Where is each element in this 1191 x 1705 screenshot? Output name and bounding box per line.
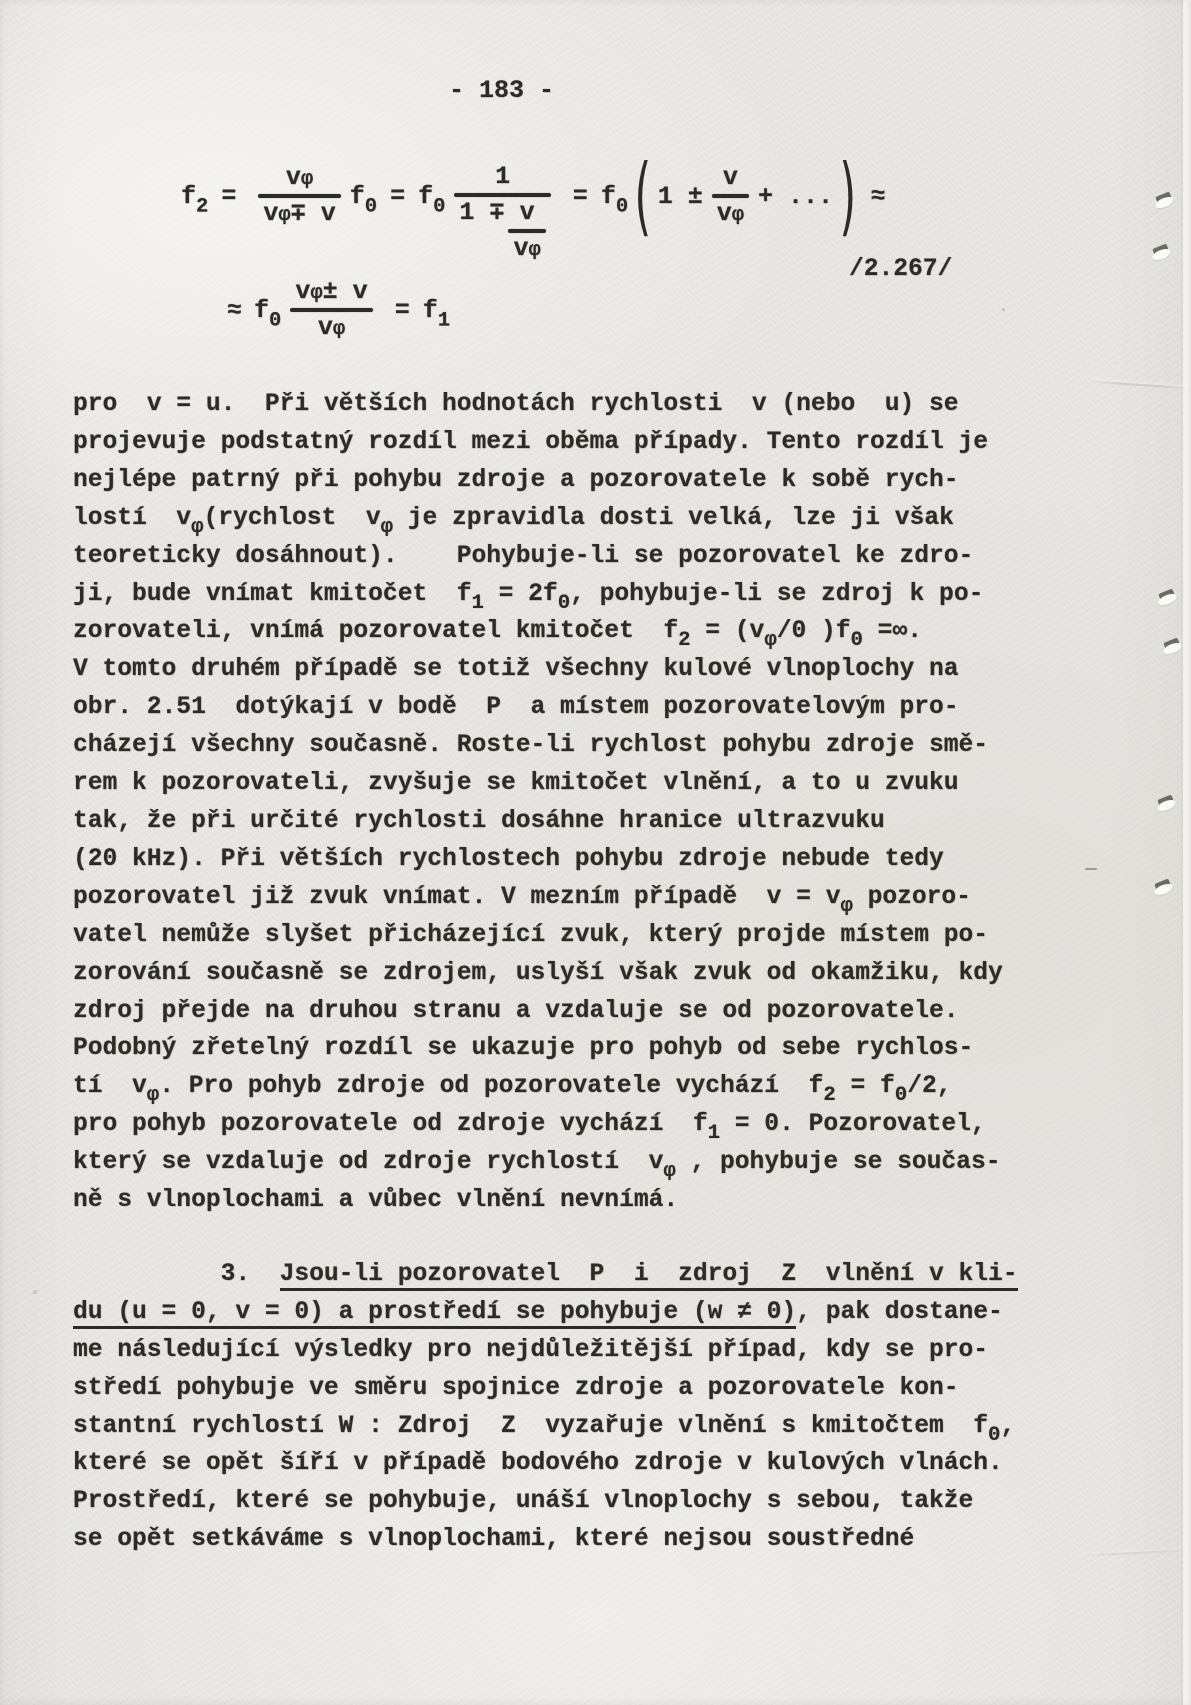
text-line: 3. Jsou-li pozorovatel P i zdroj Z vlněn… xyxy=(73,1256,1133,1294)
f0-symbol: f0 xyxy=(418,182,445,211)
text-line: teoreticky dosáhnout). Pohybuje-li se po… xyxy=(73,538,1133,576)
text-line: tak, že při určité rychlosti dosáhne hra… xyxy=(73,803,1133,841)
text-segment: (rychlost v xyxy=(203,505,380,532)
fraction-bar xyxy=(454,193,550,197)
text-line: V tomto druhém případě se totiž všechny … xyxy=(73,651,1133,689)
text-line: pro pohyb pozorovatele od zdroje vychází… xyxy=(73,1106,1133,1144)
text-segment: pozorovatel již zvuk vnímat. V mezním př… xyxy=(73,884,840,911)
v: v xyxy=(286,164,301,192)
binding-hole xyxy=(1157,794,1174,806)
mp-v: ∓ v xyxy=(291,200,336,228)
text-segment: nejlépe patrný při pohybu zdroje a pozor… xyxy=(73,467,959,494)
text-segment: me následující výsledky pro nejdůležitěj… xyxy=(73,1337,988,1364)
text-segment: ně s vlnoplochami a vůbec vlnění nevnímá… xyxy=(73,1187,678,1214)
text-segment: , pohybuje se součas- xyxy=(676,1149,1001,1176)
text-segment: vatel nemůže slyšet přicházející zvuk, k… xyxy=(73,922,988,949)
f1-symbol: f1 xyxy=(423,296,450,325)
f0-symbol: f0 xyxy=(601,182,628,211)
text-line: pozorovatel již zvuk vnímat. V mezním př… xyxy=(73,879,1133,917)
denominator: vφ xyxy=(712,200,749,228)
text-line: Podobný zřetelný rozdíl se ukazuje pro p… xyxy=(73,1030,1133,1068)
f: f xyxy=(254,296,269,325)
text-line: cházejí všechny současně. Roste-li rychl… xyxy=(73,727,1133,765)
text-line: (20 kHz). Při větších rychlostech pohybu… xyxy=(73,841,1133,879)
v: v xyxy=(318,314,333,342)
text-segment: Prostředí, které se pohybuje, unáší vlno… xyxy=(73,1488,973,1515)
text-line: nejlépe patrný při pohybu zdroje a pozor… xyxy=(73,462,1133,500)
text-segment: 3. xyxy=(73,1261,280,1288)
subscript: 2 xyxy=(678,629,690,652)
text-line: ji, bude vnímat kmitočet f1 = 2f0, pohyb… xyxy=(73,576,1133,614)
scanned-document-page: - 183 - f2 = vφ vφ∓ v f0 = f0 1 1 ∓ v vφ… xyxy=(0,0,1191,1705)
numerator: v xyxy=(515,199,540,227)
equals-sign: = xyxy=(395,296,410,325)
text-segment: stantní rychlostí W : Zdroj Z vyzařuje v… xyxy=(73,1413,988,1440)
page-number: - 183 - xyxy=(449,76,554,105)
text-line: projevuje podstatný rozdíl mezi oběma př… xyxy=(73,424,1133,462)
text-segment: = f xyxy=(836,1073,895,1100)
subscript: 1 xyxy=(708,1122,720,1145)
text-segment: zdroj přejde na druhou stranu a vzdaluje… xyxy=(73,998,959,1025)
text-segment: (20 kHz). Při větších rychlostech pohybu… xyxy=(73,846,944,873)
subscript: φ xyxy=(663,1160,675,1183)
ink-speck xyxy=(1085,868,1097,870)
text-line: se opět setkáváme s vlnoplochami, které … xyxy=(73,1521,1133,1559)
nested-fraction-v-over-vphi: v vφ xyxy=(508,199,545,263)
f: f xyxy=(601,182,616,211)
text-line: středí pohybuje ve směru spojnice zdroje… xyxy=(73,1370,1133,1408)
fraction-bar xyxy=(290,308,372,312)
text-segment: , pak dostane- xyxy=(796,1299,1003,1326)
equals-sign: = xyxy=(221,182,236,211)
fraction-bar xyxy=(508,229,545,233)
text-segment: pro v = u. Při větších hodnotách rychlos… xyxy=(73,391,959,418)
subscript: φ xyxy=(764,629,776,652)
binding-hole xyxy=(1155,191,1172,203)
text-segment: = 2f xyxy=(484,581,558,608)
text-line: který se vzdaluje od zdroje rychlostí vφ… xyxy=(73,1144,1133,1182)
subscript-1: 1 xyxy=(438,309,450,332)
text-segment: /2, xyxy=(907,1073,951,1100)
text-segment: =∞. xyxy=(863,618,922,645)
approx-sign: ≈ xyxy=(227,296,242,325)
fraction-1-over-1-mp-v-vphi: 1 1 ∓ v vφ xyxy=(454,163,550,263)
text-line: vatel nemůže slyšet přicházející zvuk, k… xyxy=(73,917,1133,955)
denominator: vφ∓ v xyxy=(258,200,340,228)
one-mp: 1 ∓ xyxy=(459,199,504,227)
ink-speck xyxy=(33,1290,37,1294)
v: v xyxy=(717,200,732,228)
text-segment: pro pohyb pozorovatele od zdroje vychází… xyxy=(73,1111,708,1138)
text-segment: , pohybuje-li se zdroj k po- xyxy=(570,581,983,608)
text-segment: tak, že při určité rychlosti dosáhne hra… xyxy=(73,808,885,835)
text-segment: rem k pozorovateli, zvyšuje se kmitočet … xyxy=(73,770,959,797)
numerator: v xyxy=(718,164,743,192)
text-line: zdroj přejde na druhou stranu a vzdaluje… xyxy=(73,993,1133,1031)
text-segment: , xyxy=(1000,1413,1015,1440)
text-line: me následující výsledky pro nejdůležitěj… xyxy=(73,1332,1133,1370)
text-segment: lostí v xyxy=(73,505,191,532)
equals-sign: = xyxy=(390,182,405,211)
subscript-0: 0 xyxy=(616,195,628,218)
text-segment: které se opět šíří v případě bodového zd… xyxy=(73,1450,1003,1477)
equals-sign: = xyxy=(573,182,588,211)
subscript-0: 0 xyxy=(433,195,445,218)
fraction-bar xyxy=(712,194,749,198)
subscript: φ xyxy=(191,516,203,539)
f2-symbol: f2 xyxy=(181,182,208,211)
subscript: 1 xyxy=(471,591,483,614)
text-line: obr. 2.51 dotýkají v bodě P a místem poz… xyxy=(73,689,1133,727)
f: f xyxy=(418,182,433,211)
text-segment: se opět setkáváme s vlnoplochami, které … xyxy=(73,1526,914,1553)
text-segment: ji, bude vnímat kmitočet f xyxy=(73,581,471,608)
fraction-bar xyxy=(258,194,340,198)
formula-2267-line1: f2 = vφ vφ∓ v f0 = f0 1 1 ∓ v vφ = f0 ( … xyxy=(181,163,886,229)
fraction-vphi-over-vphi-mp-v: vφ vφ∓ v xyxy=(258,164,340,228)
subscript: 2 xyxy=(823,1084,835,1107)
text-segment: cházejí všechny současně. Roste-li rychl… xyxy=(73,732,988,759)
body-text: pro v = u. Při větších hodnotách rychlos… xyxy=(73,386,1133,1559)
denominator: vφ xyxy=(313,314,350,342)
v: v xyxy=(513,235,528,263)
text-segment: V tomto druhém případě se totiž všechny … xyxy=(73,656,959,683)
text-line: tí vφ. Pro pohyb zdroje od pozorovatele … xyxy=(73,1068,1133,1106)
subscript: 0 xyxy=(558,591,570,614)
text-line: ně s vlnoplochami a vůbec vlnění nevnímá… xyxy=(73,1182,1133,1220)
subscript: 0 xyxy=(895,1084,907,1107)
v: v xyxy=(263,200,278,228)
binding-hole xyxy=(1158,588,1175,600)
text-segment: = (v xyxy=(691,618,765,645)
text-line: lostí vφ(rychlost vφ je zpravidla dosti … xyxy=(73,500,1133,538)
text-line: které se opět šíří v případě bodového zd… xyxy=(73,1445,1133,1483)
f0-symbol: f0 xyxy=(350,182,377,211)
underlined-text: du (u = 0, v = 0) a prostředí se pohybuj… xyxy=(73,1299,796,1329)
underlined-text: Jsou-li pozorovatel P i zdroj Z vlnění v… xyxy=(280,1261,1018,1291)
text-segment: /0 )f xyxy=(777,618,851,645)
text-segment: zorování současně se zdrojem, uslyší vša… xyxy=(73,960,1003,987)
v: v xyxy=(295,278,310,306)
denominator: 1 ∓ v vφ xyxy=(454,199,550,263)
text-segment: zorovateli, vnímá pozorovatel kmitočet f xyxy=(73,618,678,645)
pm-v: ± v xyxy=(323,278,368,306)
subscript: 0 xyxy=(851,629,863,652)
subscript: 0 xyxy=(988,1423,1000,1446)
binding-hole xyxy=(1152,243,1169,255)
text-segment: obr. 2.51 dotýkají v bodě P a místem poz… xyxy=(73,694,959,721)
text-line: du (u = 0, v = 0) a prostředí se pohybuj… xyxy=(73,1294,1133,1332)
text-line: Prostředí, které se pohybuje, unáší vlno… xyxy=(73,1483,1133,1521)
plus-dots: + ... xyxy=(758,182,833,211)
text-segment: teoreticky dosáhnout). Pohybuje-li se po… xyxy=(73,543,973,570)
f0-symbol: f0 xyxy=(254,296,281,325)
numerator: 1 xyxy=(490,163,515,191)
text-line: zorovateli, vnímá pozorovatel kmitočet f… xyxy=(73,613,1133,651)
text-line: zorování současně se zdrojem, uslyší vša… xyxy=(73,955,1133,993)
numerator: vφ± v xyxy=(290,278,372,306)
text-line: rem k pozorovateli, zvyšuje se kmitočet … xyxy=(73,765,1133,803)
f: f xyxy=(423,296,438,325)
formula-2267-line2: ≈ f0 vφ± v vφ = f1 xyxy=(227,278,450,342)
fraction-v-over-vphi: v vφ xyxy=(712,164,749,228)
text-segment: který se vzdaluje od zdroje rychlostí v xyxy=(73,1149,663,1176)
text-segment: = 0. Pozorovatel, xyxy=(720,1111,986,1138)
text-line: pro v = u. Při větších hodnotách rychlos… xyxy=(73,386,1133,424)
equation-number: /2.267/ xyxy=(849,256,952,283)
denominator: vφ xyxy=(508,235,545,263)
subscript: φ xyxy=(147,1084,159,1107)
text-segment: tí v xyxy=(73,1073,147,1100)
ink-speck xyxy=(1002,308,1005,311)
scanned-page-edge xyxy=(1183,0,1191,1705)
numerator: vφ xyxy=(281,164,318,192)
text-segment: projevuje podstatný rozdíl mezi oběma př… xyxy=(73,429,988,456)
approx-sign: ≈ xyxy=(871,182,886,211)
text-line: stantní rychlostí W : Zdroj Z vyzařuje v… xyxy=(73,1408,1133,1446)
binding-hole xyxy=(1154,878,1171,890)
subscript-0: 0 xyxy=(269,309,281,332)
subscript-0: 0 xyxy=(365,195,377,218)
fraction-vphi-pm-v-over-vphi: vφ± v vφ xyxy=(290,278,372,342)
subscript: φ xyxy=(840,895,852,918)
f: f xyxy=(181,182,196,211)
text-segment: je zpravidla dosti velká, lze ji však xyxy=(393,505,954,532)
one-pm: 1 ± xyxy=(658,182,703,211)
subscript: φ xyxy=(381,516,393,539)
text-segment: Podobný zřetelný rozdíl se ukazuje pro p… xyxy=(73,1035,973,1062)
text-segment: pozoro- xyxy=(853,884,971,911)
binding-hole xyxy=(1163,637,1180,649)
f: f xyxy=(350,182,365,211)
text-segment: . Pro pohyb zdroje od pozorovatele vychá… xyxy=(159,1073,823,1100)
text-segment: středí pohybuje ve směru spojnice zdroje… xyxy=(73,1375,959,1402)
subscript-2: 2 xyxy=(196,195,208,218)
